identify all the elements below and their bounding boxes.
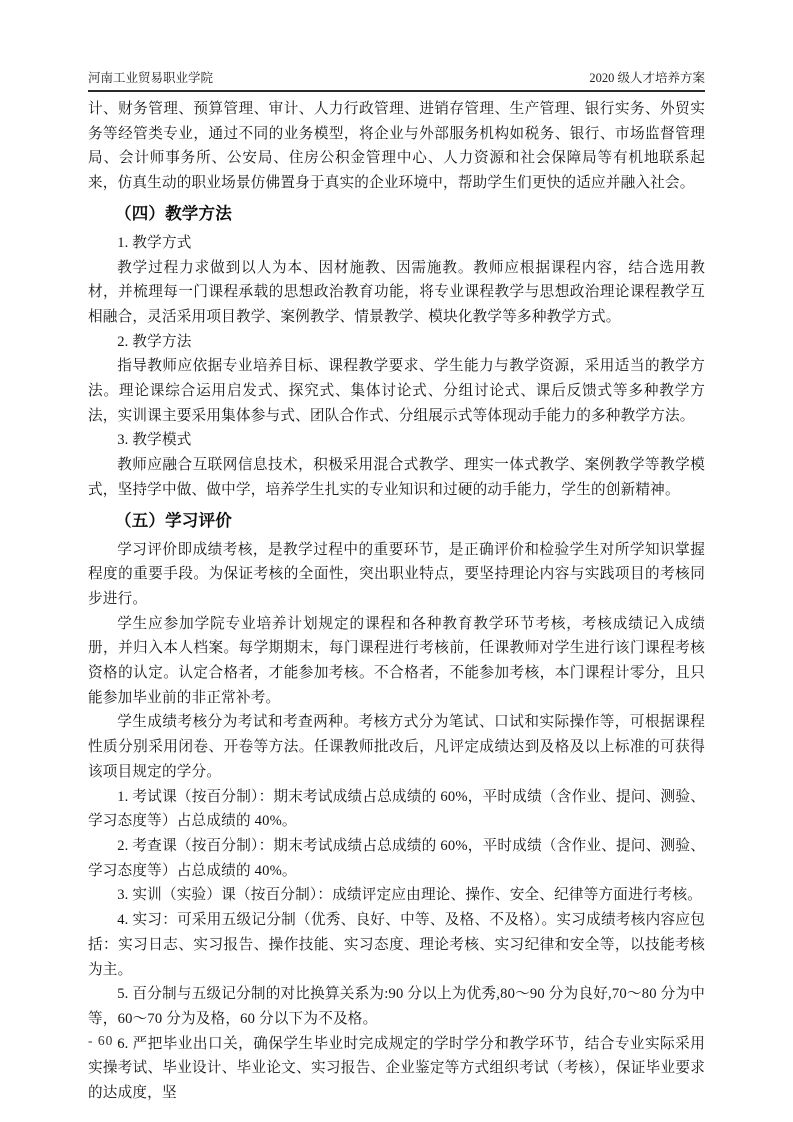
page-header: 河南工业贸易职业学院 2020 级人才培养方案 xyxy=(88,70,705,92)
document-page: 河南工业贸易职业学院 2020 级人才培养方案 计、财务管理、预算管理、审计、人… xyxy=(0,0,793,1122)
subsection-heading: 3. 教学模式 xyxy=(88,428,705,453)
body-paragraph: 学生应参加学院专业培养计划规定的课程和各种教育教学环节考核，考核成绩记入成绩册，… xyxy=(88,612,705,711)
numbered-item: 4. 实习：可采用五级记分制（优秀、良好、中等、及格、不及格）。实习成绩考核内容… xyxy=(88,908,705,982)
continuation-paragraph: 计、财务管理、预算管理、审计、人力行政管理、进销存管理、生产管理、银行实务、外贸… xyxy=(88,97,705,196)
body-paragraph: 学生成绩考核分为考试和考查两种。考核方式分为笔试、口试和实际操作等，可根据课程性… xyxy=(88,710,705,784)
body-paragraph: 指导教师应依据专业培养目标、课程教学要求、学生能力与教学资源，采用适当的教学方法… xyxy=(88,354,705,428)
subsection-heading: 2. 教学方法 xyxy=(88,330,705,355)
document-body: 计、财务管理、预算管理、审计、人力行政管理、进销存管理、生产管理、银行实务、外贸… xyxy=(88,97,705,1106)
subsection-heading: 1. 教学方式 xyxy=(88,231,705,256)
numbered-item: 6. 严把毕业出口关，确保学生毕业时完成规定的学时学分和教学环节，结合专业实际采… xyxy=(88,1032,705,1106)
header-document-title: 2020 级人才培养方案 xyxy=(589,70,705,86)
section-heading-4: （四）教学方法 xyxy=(88,203,705,225)
numbered-item: 2. 考查课（按百分制）：期末考试成绩占总成绩的 60%，平时成绩（含作业、提问… xyxy=(88,834,705,883)
header-school-name: 河南工业贸易职业学院 xyxy=(88,70,213,86)
page-number: - 60 - xyxy=(88,1033,123,1049)
body-paragraph: 教学过程力求做到以人为本、因材施教、因需施教。教师应根据课程内容，结合选用教材，… xyxy=(88,256,705,330)
body-paragraph: 教师应融合互联网信息技术，积极采用混合式教学、理实一体式教学、案例教学等教学模式… xyxy=(88,453,705,502)
body-paragraph: 学习评价即成绩考核，是教学过程中的重要环节，是正确评价和检验学生对所学知识掌握程… xyxy=(88,538,705,612)
section-heading-5: （五）学习评价 xyxy=(88,510,705,532)
numbered-item: 3. 实训（实验）课（按百分制）：成绩评定应由理论、操作、安全、纪律等方面进行考… xyxy=(88,883,705,908)
numbered-item: 5. 百分制与五级记分制的对比换算关系为:90 分以上为优秀,80～90 分为良… xyxy=(88,982,705,1031)
numbered-item: 1. 考试课（按百分制）：期末考试成绩占总成绩的 60%，平时成绩（含作业、提问… xyxy=(88,785,705,834)
